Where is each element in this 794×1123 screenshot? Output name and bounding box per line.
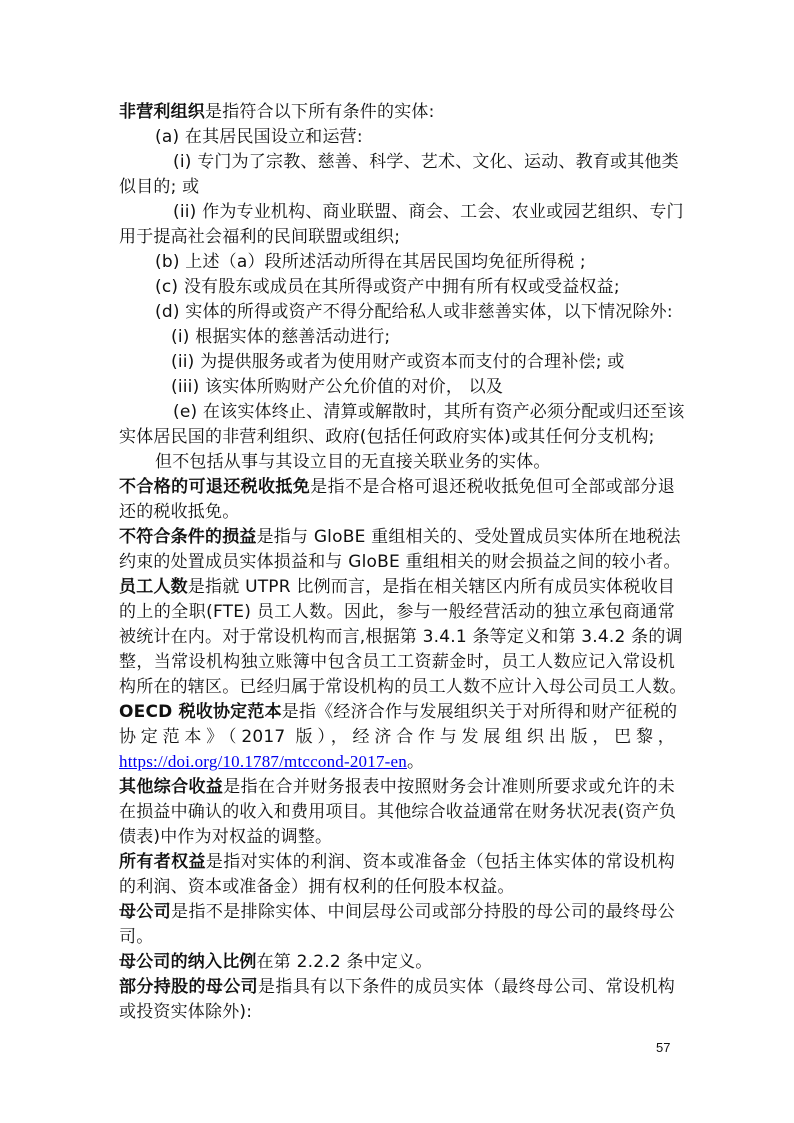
line-text: (b) 上述（a）段所述活动所得在其居民国均免征所得税 ; bbox=[155, 252, 586, 272]
text-line: (ii) 作为专业机构、商业联盟、商会、工会、农业或园艺组织、专门 bbox=[173, 200, 675, 224]
text-line: 被统计在内。对于常设机构而言,根据第 3.4.1 条等定义和第 3.4.2 条的… bbox=[119, 625, 675, 649]
page-number: 57 bbox=[656, 1040, 670, 1055]
line-text: (e) 在该实体终止、清算或解散时，其所有资产必须分配或归还至该 bbox=[173, 402, 685, 422]
text-line: 司。 bbox=[119, 925, 153, 949]
defined-term: OECD 税收协定范本 bbox=[119, 702, 282, 722]
text-line: (e) 在该实体终止、清算或解散时，其所有资产必须分配或归还至该 bbox=[173, 400, 675, 424]
text-line: (iii) 该实体所购财产公允价值的对价， 以及 bbox=[171, 375, 503, 399]
line-text: 实体居民国的非营利组织、政府(包括任何政府实体)或其任何分支机构; bbox=[119, 427, 655, 447]
defined-term: 部分持股的母公司 bbox=[119, 977, 258, 997]
text-line: 还的税收抵免。 bbox=[119, 500, 239, 524]
line-text: 被统计在内。对于常设机构而言,根据第 3.4.1 条等定义和第 3.4.2 条的… bbox=[119, 627, 683, 647]
line-text: 在第 2.2.2 条中定义。 bbox=[257, 952, 433, 972]
text-line: (b) 上述（a）段所述活动所得在其居民国均免征所得税 ; bbox=[155, 250, 586, 274]
defined-term: 其他综合收益 bbox=[119, 777, 223, 797]
text-line: 不合格的可退还税收抵免是指不是合格可退还税收抵免但可全部或部分退 bbox=[119, 475, 675, 499]
line-text: (ii) 为提供服务或者为使用财产或资本而支付的合理补偿; 或 bbox=[171, 352, 624, 372]
text-line: (i) 专门为了宗教、慈善、科学、艺术、文化、运动、教育或其他类 bbox=[173, 150, 675, 174]
line-text: 但不包括从事与其设立目的无直接关联业务的实体。 bbox=[155, 452, 551, 472]
text-line: 母公司是指不是排除实体、中间层母公司或部分持股的母公司的最终母公 bbox=[119, 900, 675, 924]
text-line: 不符合条件的损益是指与 GloBE 重组相关的、受处置成员实体所在地税法 bbox=[119, 525, 675, 549]
text-line: (a) 在其居民国设立和运营: bbox=[155, 125, 363, 149]
line-text: 还的税收抵免。 bbox=[119, 502, 239, 522]
line-text: 司。 bbox=[119, 927, 153, 947]
line-text: 或投资实体除外): bbox=[119, 1002, 252, 1022]
text-line: 所有者权益是指对实体的利润、资本或准备金（包括主体实体的常设机构 bbox=[119, 850, 675, 874]
line-text: (a) 在其居民国设立和运营: bbox=[155, 127, 363, 147]
doi-link[interactable]: https://doi.org/10.1787/mtccond-2017-en bbox=[119, 752, 407, 771]
text-line: 的上的全职(FTE) 员工人数。因此，参与一般经营活动的独立承包商通常 bbox=[119, 600, 675, 624]
text-line: 部分持股的母公司是指具有以下条件的成员实体（最终母公司、常设机构 bbox=[119, 975, 675, 999]
line-text: 整，当常设机构独立账簿中包含员工工资薪金时，员工人数应记入常设机 bbox=[119, 652, 675, 672]
text-line: (d) 实体的所得或资产不得分配给私人或非慈善实体，以下情况除外: bbox=[155, 300, 673, 324]
defined-term: 非营利组织 bbox=[119, 102, 205, 122]
line-text: 协定范本》（2017 版），经济合作与发展组织出版，巴黎， bbox=[119, 727, 675, 747]
line-text: 是指具有以下条件的成员实体（最终母公司、常设机构 bbox=[258, 977, 675, 997]
line-text: 是指不是排除实体、中间层母公司或部分持股的母公司的最终母公 bbox=[171, 902, 675, 922]
text-line: 整，当常设机构独立账簿中包含员工工资薪金时，员工人数应记入常设机 bbox=[119, 650, 675, 674]
text-line: OECD 税收协定范本是指《经济合作与发展组织关于对所得和财产征税的 bbox=[119, 700, 675, 724]
text-line: 在损益中确认的收入和费用项目。其他综合收益通常在财务状况表(资产负 bbox=[119, 800, 675, 824]
line-text: (iii) 该实体所购财产公允价值的对价， 以及 bbox=[171, 377, 503, 397]
line-text: 是指《经济合作与发展组织关于对所得和财产征税的 bbox=[282, 702, 678, 722]
line-text: 的上的全职(FTE) 员工人数。因此，参与一般经营活动的独立承包商通常 bbox=[119, 602, 675, 622]
text-line: 母公司的纳入比例在第 2.2.2 条中定义。 bbox=[119, 950, 432, 974]
text-line: 的利润、资本或准备金）拥有权利的任何股本权益。 bbox=[119, 875, 515, 899]
line-text: (c) 没有股东或成员在其所得或资产中拥有所有权或受益权益; bbox=[155, 277, 620, 297]
line-text: (i) 根据实体的慈善活动进行; bbox=[171, 327, 390, 347]
line-text: 约束的处置成员实体损益和与 GloBE 重组相关的财会损益之间的较小者。 bbox=[119, 552, 681, 572]
line-text: (i) 专门为了宗教、慈善、科学、艺术、文化、运动、教育或其他类 bbox=[173, 152, 679, 172]
line-text: 用于提高社会福利的民间联盟或组织; bbox=[119, 227, 400, 247]
text-line: 似目的; 或 bbox=[119, 175, 199, 199]
line-text: 。 bbox=[407, 752, 424, 772]
text-line: 协定范本》（2017 版），经济合作与发展组织出版，巴黎， bbox=[119, 725, 675, 749]
line-text: 是指在合并财务报表中按照财务会计准则所要求或允许的未 bbox=[223, 777, 675, 797]
line-text: (ii) 作为专业机构、商业联盟、商会、工会、农业或园艺组织、专门 bbox=[173, 202, 684, 222]
line-text: 是指不是合格可退还税收抵免但可全部或部分退 bbox=[310, 477, 675, 497]
text-line: (c) 没有股东或成员在其所得或资产中拥有所有权或受益权益; bbox=[155, 275, 620, 299]
line-text: 的利润、资本或准备金）拥有权利的任何股本权益。 bbox=[119, 877, 515, 897]
line-text: 是指就 UTPR 比例而言，是指在相关辖区内所有成员实体税收目 bbox=[188, 577, 675, 597]
text-line: 或投资实体除外): bbox=[119, 1000, 252, 1024]
document-page: 非营利组织是指符合以下所有条件的实体:(a) 在其居民国设立和运营:(i) 专门… bbox=[0, 0, 794, 1123]
line-text: (d) 实体的所得或资产不得分配给私人或非慈善实体，以下情况除外: bbox=[155, 302, 673, 322]
line-text: 是指与 GloBE 重组相关的、受处置成员实体所在地税法 bbox=[257, 527, 681, 547]
text-line: 非营利组织是指符合以下所有条件的实体: bbox=[119, 100, 435, 124]
line-text: 似目的; 或 bbox=[119, 177, 199, 197]
text-line: 约束的处置成员实体损益和与 GloBE 重组相关的财会损益之间的较小者。 bbox=[119, 550, 675, 574]
line-text: 在损益中确认的收入和费用项目。其他综合收益通常在财务状况表(资产负 bbox=[119, 802, 676, 822]
defined-term: 不合格的可退还税收抵免 bbox=[119, 477, 310, 497]
text-line: 债表)中作为对权益的调整。 bbox=[119, 825, 332, 849]
text-line: 其他综合收益是指在合并财务报表中按照财务会计准则所要求或允许的未 bbox=[119, 775, 675, 799]
line-text: 构所在的辖区。已经归属于常设机构的员工人数不应计入母公司员工人数。 bbox=[119, 677, 687, 697]
text-line: (i) 根据实体的慈善活动进行; bbox=[171, 325, 390, 349]
defined-term: 母公司的纳入比例 bbox=[119, 952, 257, 972]
text-line: 员工人数是指就 UTPR 比例而言，是指在相关辖区内所有成员实体税收目 bbox=[119, 575, 675, 599]
text-line: 但不包括从事与其设立目的无直接关联业务的实体。 bbox=[155, 450, 551, 474]
defined-term: 所有者权益 bbox=[119, 852, 206, 872]
defined-term: 不符合条件的损益 bbox=[119, 527, 257, 547]
defined-term: 母公司 bbox=[119, 902, 171, 922]
defined-term: 员工人数 bbox=[119, 577, 188, 597]
text-line: https://doi.org/10.1787/mtccond-2017-en。 bbox=[119, 750, 424, 774]
text-line: 用于提高社会福利的民间联盟或组织; bbox=[119, 225, 400, 249]
line-text: 是指对实体的利润、资本或准备金（包括主体实体的常设机构 bbox=[206, 852, 675, 872]
line-text: 是指符合以下所有条件的实体: bbox=[205, 102, 435, 122]
text-line: 实体居民国的非营利组织、政府(包括任何政府实体)或其任何分支机构; bbox=[119, 425, 655, 449]
text-line: 构所在的辖区。已经归属于常设机构的员工人数不应计入母公司员工人数。 bbox=[119, 675, 675, 699]
text-line: (ii) 为提供服务或者为使用财产或资本而支付的合理补偿; 或 bbox=[171, 350, 624, 374]
line-text: 债表)中作为对权益的调整。 bbox=[119, 827, 332, 847]
